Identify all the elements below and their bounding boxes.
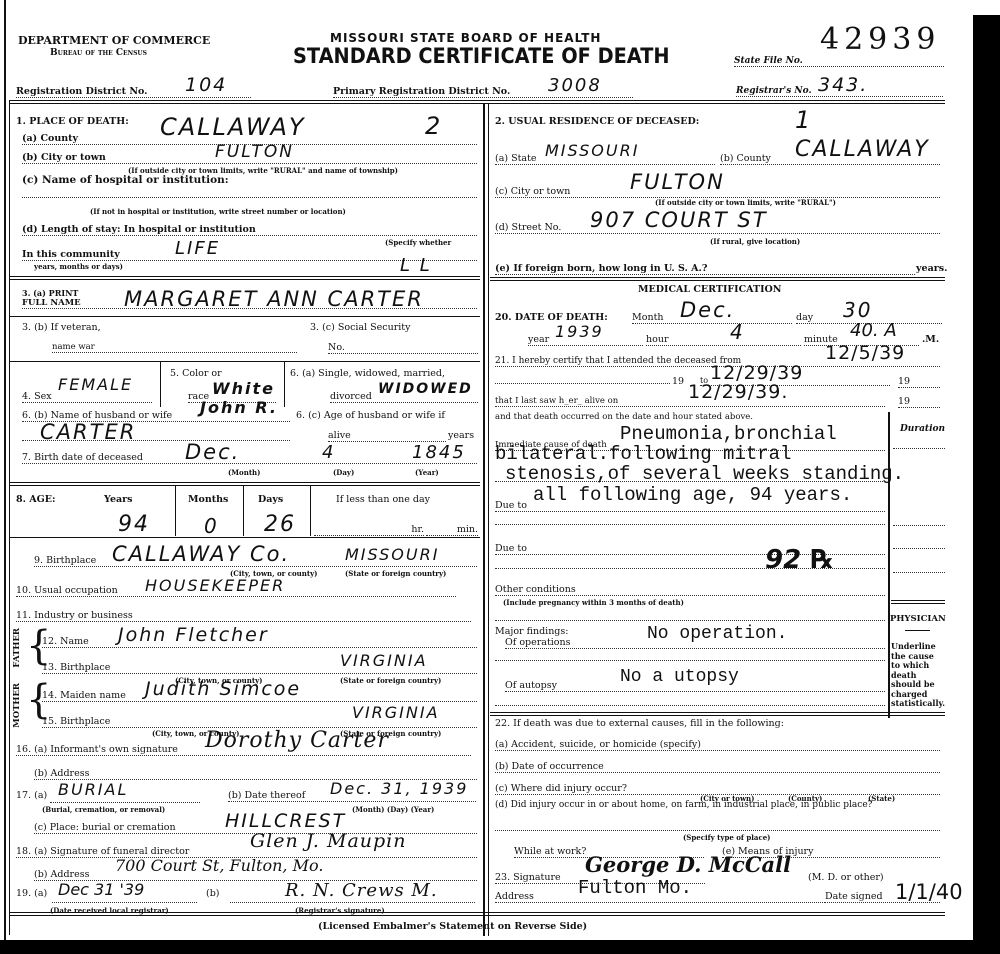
war-label: name war — [52, 342, 297, 353]
death-county: CALLAWAY — [160, 113, 306, 141]
received-date: Dec 31 '39 — [58, 880, 144, 899]
birthplace-city: CALLAWAY Co. — [112, 542, 290, 566]
ss-label: 3. (c) Social Security — [310, 322, 410, 333]
attended-line — [495, 383, 670, 384]
residence-city: FULTON — [630, 170, 725, 194]
spouse-age-years: years — [448, 430, 474, 441]
veteran-label: 3. (b) If veteran, — [22, 322, 101, 333]
annotation-mark: 2 — [425, 112, 442, 140]
nineteen-label-2: 19 — [898, 376, 940, 388]
credential-label: (M. D. or other) — [808, 872, 884, 883]
age-years: 94 — [118, 512, 150, 537]
birth-month: Dec. — [185, 440, 240, 464]
physician-note: Underline the cause to which death shoul… — [891, 642, 945, 709]
findings-label: Major findings: — [495, 626, 568, 637]
divider — [175, 486, 176, 536]
hospital-field — [22, 197, 477, 198]
stay-label: (d) Length of stay: In hospital or insti… — [22, 224, 477, 236]
registrar-sig-line — [230, 902, 475, 903]
bureau-label: Bureau of the Census — [50, 48, 147, 58]
residence-state: MISSOURI — [545, 141, 639, 160]
spouse-last-name: CARTER — [40, 420, 136, 444]
disposition-note: (Burial, cremation, or removal) — [42, 805, 165, 814]
death-year: 1939 — [555, 322, 604, 341]
foreign-years-label: years. — [916, 263, 947, 274]
month-note: (Month) — [228, 468, 260, 477]
death-minute: 40. A — [850, 320, 897, 341]
received-line — [52, 902, 197, 903]
divider — [10, 316, 480, 317]
divider — [284, 361, 285, 407]
spouse-first-name: John R. — [200, 398, 278, 417]
duration-line — [893, 548, 945, 549]
date-signed: 1/1/40 — [895, 880, 963, 904]
race-value: White — [212, 379, 275, 398]
less-than-day-label: If less than one day — [336, 494, 430, 505]
divider — [490, 277, 945, 281]
center-divider-inner — [488, 104, 489, 936]
department-label: DEPARTMENT OF COMMERCE — [18, 34, 210, 47]
physician-rule — [905, 630, 930, 631]
funeral-director-address: 700 Court St, Fulton, Mo. — [115, 856, 323, 875]
place-type-note: (Specify type of place) — [683, 833, 770, 842]
duration-divider — [888, 412, 890, 718]
race-label-1: 5. Color or — [170, 368, 222, 379]
primary-registration-no: 3008 — [548, 75, 602, 96]
state-file-number: 42939 — [820, 22, 940, 57]
medical-heading: MEDICAL CERTIFICATION — [638, 284, 781, 295]
external-b-label: (b) Date of occurrence — [495, 761, 940, 773]
units-note: years, months or days) — [34, 262, 123, 271]
scan-edge-bottom — [0, 940, 1000, 954]
margin-marks: L L — [400, 255, 432, 276]
nineteen-label: 19 — [672, 376, 684, 387]
meridian-label: .M. — [922, 334, 939, 345]
nineteen-label-3: 19 — [898, 396, 940, 408]
duration-line — [893, 572, 945, 573]
residence-heading: 2. USUAL RESIDENCE OF DECEASED: — [495, 116, 699, 127]
cause-line-2: bilateral.following mitral — [495, 443, 791, 465]
burial-date-note: (Month) (Day) (Year) — [352, 805, 434, 814]
duration-line — [893, 525, 945, 526]
age-label: 8. AGE: — [16, 494, 55, 505]
age-hr-label: hr. — [314, 524, 424, 536]
divider — [160, 361, 161, 407]
burial-date: Dec. 31, 1939 — [330, 779, 468, 798]
marital-label-1: 6. (a) Single, widowed, married, — [290, 368, 445, 379]
operations-value: No operation. — [647, 624, 787, 644]
disposition-label: 17. (a) — [16, 790, 47, 801]
due-to-line — [495, 524, 885, 525]
name-label-1: 3. (a) PRINT — [22, 288, 78, 298]
scan-edge-right — [973, 15, 1000, 954]
other-line — [495, 568, 885, 569]
mother-name: Judith Simcoe — [145, 678, 301, 700]
full-name: MARGARET ANN CARTER — [124, 287, 424, 311]
place-of-death-heading: 1. PLACE OF DEATH: — [16, 116, 129, 127]
divider — [243, 486, 244, 536]
divider — [10, 276, 480, 280]
age-months-label: Months — [188, 494, 228, 505]
marital-value: WIDOWED — [378, 381, 473, 397]
physician-signature: George D. McCall — [585, 852, 791, 877]
attended-from: 12/5/39 — [825, 342, 905, 364]
received-label: 19. (a) — [16, 888, 47, 899]
residence-county: CALLAWAY — [795, 137, 930, 162]
ss-no-label: No. — [328, 342, 478, 354]
hospital-label: (c) Name of hospital or institution: — [22, 174, 229, 186]
foreign-born-label: (e) If foreign born, how long in U. S. A… — [495, 263, 915, 275]
age-days-label: Days — [258, 494, 283, 505]
registration-district-no: 104 — [185, 74, 227, 96]
cause-line — [495, 481, 885, 482]
specify-note: (Specify whether — [385, 238, 451, 247]
residence-street: 907 COURT ST — [590, 208, 768, 232]
father-tag: FATHER — [12, 628, 22, 668]
father-birthplace: VIRGINIA — [340, 651, 428, 670]
findings-mid-line — [495, 660, 885, 661]
residence-annotation: 1 — [795, 106, 812, 134]
funeral-director-signature: Glen J. Maupin — [250, 830, 407, 852]
divider — [10, 361, 480, 362]
state-note: (State or foreign country) — [340, 676, 441, 685]
birthplace-state: MISSOURI — [345, 545, 439, 564]
external-heading: 22. If death was due to external causes,… — [495, 718, 784, 729]
state-file-label: State File No. — [734, 56, 944, 67]
other-conditions-note: (Include pregnancy within 3 months of de… — [503, 598, 684, 607]
left-inner-border — [9, 100, 10, 935]
other-conditions-label: Other conditions — [495, 584, 885, 596]
state-note: (State or foreign country) — [345, 569, 446, 578]
footer-divider — [10, 912, 945, 916]
external-d-label: (d) Did injury occur in or about home, o… — [495, 800, 873, 810]
death-day: 30 — [843, 298, 872, 322]
sex-value: FEMALE — [58, 375, 133, 394]
informant-signature: Dorothy Carter — [205, 728, 389, 753]
board-label: MISSOURI STATE BOARD OF HEALTH — [330, 31, 601, 45]
mother-birthplace: VIRGINIA — [352, 703, 440, 722]
birth-year: 1845 — [412, 442, 466, 463]
spouse-age-label-1: 6. (c) Age of husband or wife if — [296, 410, 445, 421]
community-duration: LIFE — [175, 238, 220, 259]
divider — [310, 486, 311, 536]
registrar-sig-label: (b) — [206, 888, 220, 899]
birth-date-label: 7. Birth date of deceased — [22, 452, 477, 464]
external-d-line — [495, 830, 940, 831]
cause-line-1: Pneumonia,bronchial — [620, 423, 837, 445]
last-saw-date: 12/29/39. — [688, 381, 788, 403]
footer-note: (Licensed Embalmer's Statement on Revers… — [318, 921, 587, 932]
physician-address: Fulton Mo. — [578, 877, 692, 899]
residence-city-note: (If outside city or town limits, write "… — [655, 198, 836, 207]
death-city: FULTON — [215, 142, 294, 162]
mother-tag: MOTHER — [12, 683, 22, 728]
divider — [490, 712, 945, 716]
birth-day: 4 — [322, 442, 335, 463]
divider — [10, 482, 480, 486]
age-min-label: min. — [426, 524, 478, 536]
residence-street-note: (If rural, give location) — [710, 237, 800, 246]
physician-heading: PHYSICIAN — [890, 614, 946, 624]
hospital-note: (If not in hospital or institution, writ… — [90, 207, 346, 216]
findings-top-line — [495, 620, 885, 621]
industry-label: 11. Industry or business — [16, 610, 471, 622]
age-years-label: Years — [104, 494, 133, 505]
death-hour-label: hour — [646, 334, 801, 346]
header-divider — [10, 100, 945, 104]
due-to-value: all following age, 94 years. — [533, 484, 852, 506]
occupation-value: HOUSEKEEPER — [145, 576, 285, 595]
spouse-age-label-2: alive — [328, 430, 446, 442]
registrar-signature: R. N. Crews M. — [285, 880, 438, 901]
year-note: (Year) — [415, 468, 439, 477]
burial-place: HILLCREST — [225, 810, 346, 832]
duration-label: Duration — [900, 424, 945, 434]
disposition-line — [50, 802, 200, 803]
duration-line — [893, 448, 945, 449]
day-note: (Day) — [333, 468, 354, 477]
left-border — [4, 0, 6, 945]
death-month: Dec. — [680, 298, 735, 322]
duration-divider-h — [891, 600, 945, 604]
death-hour: 4 — [730, 320, 745, 344]
father-name: John Fletcher — [118, 624, 269, 646]
external-a-label: (a) Accident, suicide, or homicide (spec… — [495, 739, 940, 751]
findings-bottom-line — [495, 705, 885, 706]
center-divider — [483, 104, 485, 936]
age-days: 26 — [264, 512, 296, 537]
page-title: STANDARD CERTIFICATE OF DEATH — [293, 44, 670, 68]
divider — [10, 537, 480, 538]
age-months: 0 — [204, 514, 219, 538]
disposition-value: BURIAL — [58, 780, 128, 799]
occurred-label: and that death occurred on the date and … — [495, 412, 753, 422]
registrar-no: 343. — [818, 74, 868, 96]
handwritten-code: 92 ℞ — [765, 545, 834, 575]
autopsy-value: No a utopsy — [620, 667, 739, 687]
